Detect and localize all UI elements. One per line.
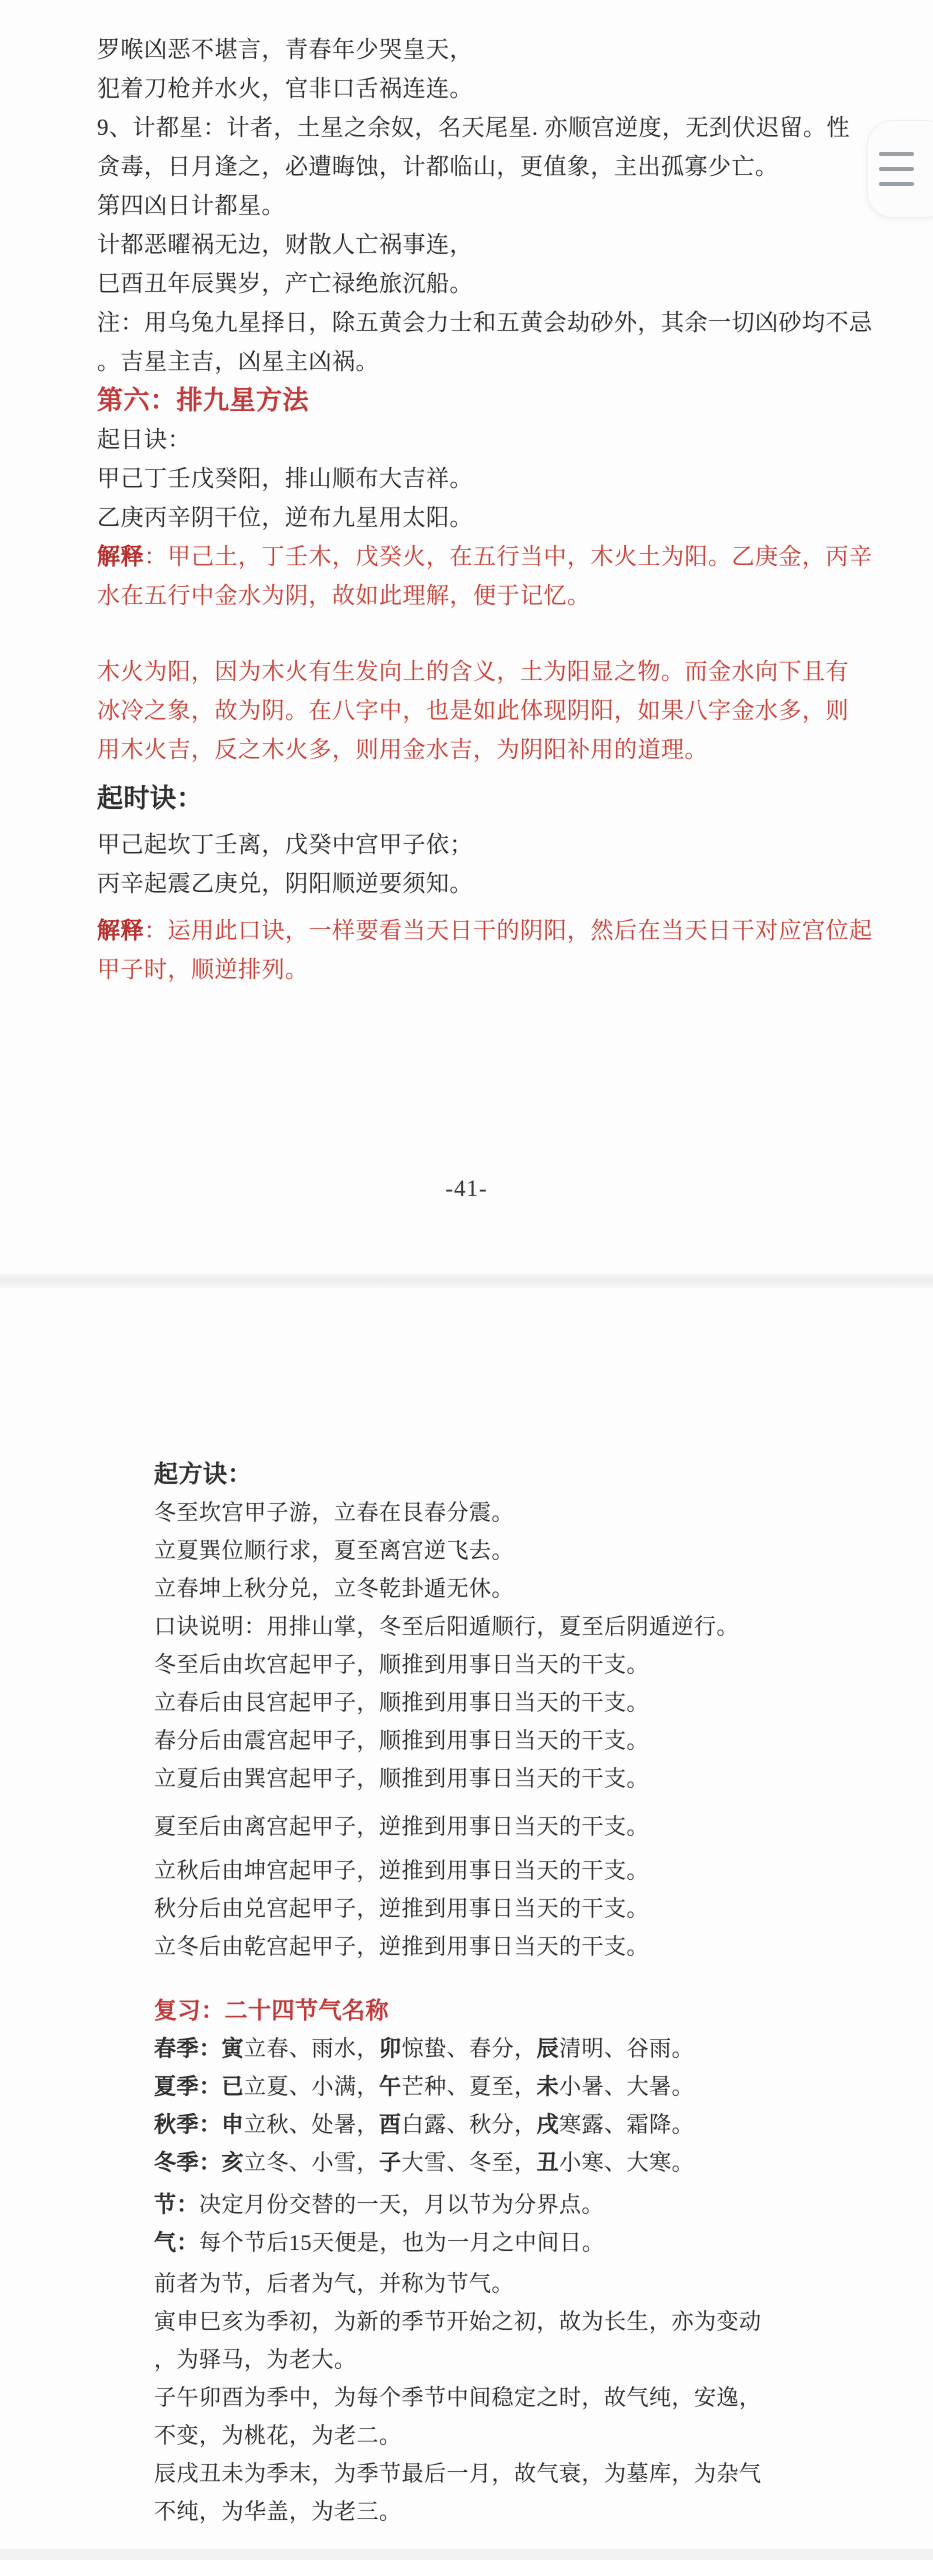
text-line: 第六：排九星方法 (97, 381, 873, 420)
text-line: 丙辛起震乙庚兑，阴阳顺逆要须知。 (97, 864, 873, 903)
page-41-text: 罗喉凶恶不堪言，青春年少哭皇天，犯着刀枪并水火，官非口舌祸连连。9、计都星：计者… (97, 30, 873, 989)
page-42: 起方诀：冬至坎宫甲子游，立春在艮春分震。立夏巽位顺行求，夏至离宫逆飞去。立春坤上… (0, 1288, 933, 2548)
text-line: 甲己起坎丁壬离，戊癸中宫甲子依； (97, 825, 873, 864)
text-line: 冬至后由坎宫起甲子，顺推到用事日当天的干支。 (154, 1646, 893, 1684)
text-line: 秋分后由兑宫起甲子，逆推到用事日当天的干支。 (154, 1890, 893, 1928)
text-line: 不变，为桃花，为老二。 (154, 2417, 893, 2455)
text-line: 立夏后由巽宫起甲子，顺推到用事日当天的干支。 (154, 1760, 893, 1798)
text-line: 立春后由艮宫起甲子，顺推到用事日当天的干支。 (154, 1684, 893, 1722)
document-viewer: 罗喉凶恶不堪言，青春年少哭皇天，犯着刀枪并水火，官非口舌祸连连。9、计都星：计者… (0, 0, 933, 2560)
text-line: 口诀说明：用排山掌，冬至后阳遁顺行，夏至后阴遁逆行。 (154, 1608, 893, 1646)
text-line: 立夏巽位顺行求，夏至离宫逆飞去。 (154, 1532, 893, 1570)
text-line: 辰戌丑未为季末，为季节最后一月，故气衰，为墓库，为杂气 (154, 2455, 893, 2493)
text-line: 。吉星主吉，凶星主凶祸。 (97, 342, 873, 381)
text-line: 立春坤上秋分兑，立冬乾卦遁无休。 (154, 1570, 893, 1608)
text-line: 计都恶曜祸无边，财散人亡祸事连， (97, 225, 873, 264)
hamburger-bar (879, 182, 914, 186)
text-line: 第四凶日计都星。 (97, 186, 873, 225)
text-line: 立秋后由坤宫起甲子，逆推到用事日当天的干支。 (154, 1852, 893, 1890)
text-line: 甲己丁壬戊癸阳，排山顺布大吉祥。 (97, 459, 873, 498)
text-line: 起方诀： (154, 1456, 893, 1494)
text-line: 春季：寅立春、雨水，卯惊蛰、春分，辰清明、谷雨。 (154, 2030, 893, 2068)
page-42-text: 起方诀：冬至坎宫甲子游，立春在艮春分震。立夏巽位顺行求，夏至离宫逆飞去。立春坤上… (154, 1456, 893, 2531)
page-number: -41- (0, 1176, 933, 1202)
text-line: 贪毒，日月逢之，必遭晦蚀，计都临山，更值象，主出孤寡少亡。 (97, 147, 873, 186)
text-line: 用木火吉，反之木火多，则用金水吉，为阴阳补用的道理。 (97, 730, 873, 769)
text-line: 寅申巳亥为季初，为新的季节开始之初，故为长生，亦为变动 (154, 2303, 893, 2341)
menu-button[interactable] (867, 120, 933, 218)
next-page-gap (0, 2549, 933, 2560)
text-line: 起日诀： (97, 420, 873, 459)
text-line: 气：每个节后15天便是，也为一月之中间日。 (154, 2224, 893, 2262)
text-line: 节：决定月份交替的一天，月以节为分界点。 (154, 2186, 893, 2224)
text-line: 冬季：亥立冬、小雪，子大雪、冬至，丑小寒、大寒。 (154, 2144, 893, 2182)
text-line: ，为驿马，为老大。 (154, 2341, 893, 2379)
text-line: 犯着刀枪并水火，官非口舌祸连连。 (97, 69, 873, 108)
hamburger-bar (879, 167, 914, 171)
text-line: 甲子时，顺逆排列。 (97, 950, 873, 989)
text-line: 子午卯酉为季中，为每个季节中间稳定之时，故气纯，安逸， (154, 2379, 893, 2417)
text-line: 注：用乌兔九星择日，除五黄会力士和五黄会劫砂外，其余一切凶砂均不忌 (97, 303, 873, 342)
text-line: 夏季：已立夏、小满，午芒种、夏至，未小暑、大暑。 (154, 2068, 893, 2106)
text-line: 夏至后由离宫起甲子，逆推到用事日当天的干支。 (154, 1808, 893, 1846)
page-divider (0, 1274, 933, 1288)
text-line: 巳酉丑年辰巽岁，产亡禄绝旅沉船。 (97, 264, 873, 303)
text-line: 起时诀： (97, 779, 873, 818)
text-line: 冬至坎宫甲子游，立春在艮春分震。 (154, 1494, 893, 1532)
text-line: 解释：运用此口诀，一样要看当天日干的阴阳，然后在当天日干对应宫位起 (97, 911, 873, 950)
page-41: 罗喉凶恶不堪言，青春年少哭皇天，犯着刀枪并水火，官非口舌祸连连。9、计都星：计者… (0, 0, 933, 1274)
text-line: 立冬后由乾宫起甲子，逆推到用事日当天的干支。 (154, 1928, 893, 1966)
text-line: 秋季：申立秋、处暑，酉白露、秋分，戌寒露、霜降。 (154, 2106, 893, 2144)
text-line: 9、计都星：计者，土星之余奴，名天尾星. 亦顺宫逆度，无刭伏迟留。性 (97, 108, 873, 147)
text-line: 水在五行中金水为阴，故如此理解，便于记忆。 (97, 576, 873, 615)
text-line: 春分后由震宫起甲子，顺推到用事日当天的干支。 (154, 1722, 893, 1760)
text-line: 解释：甲己土，丁壬木，戊癸火，在五行当中，木火土为阳。乙庚金，丙辛 (97, 537, 873, 576)
hamburger-bar (879, 152, 914, 156)
text-line: 罗喉凶恶不堪言，青春年少哭皇天， (97, 30, 873, 69)
text-line: 木火为阳，因为木火有生发向上的含义，土为阳显之物。而金水向下且有 (97, 652, 873, 691)
text-line: 不纯，为华盖，为老三。 (154, 2493, 893, 2531)
text-line: 前者为节，后者为气，并称为节气。 (154, 2265, 893, 2303)
text-line: 乙庚丙辛阴干位，逆布九星用太阳。 (97, 498, 873, 537)
text-line: 冰冷之象，故为阴。在八字中，也是如此体现阴阳，如果八字金水多，则 (97, 691, 873, 730)
text-line: 复习：二十四节气名称 (154, 1992, 893, 2030)
